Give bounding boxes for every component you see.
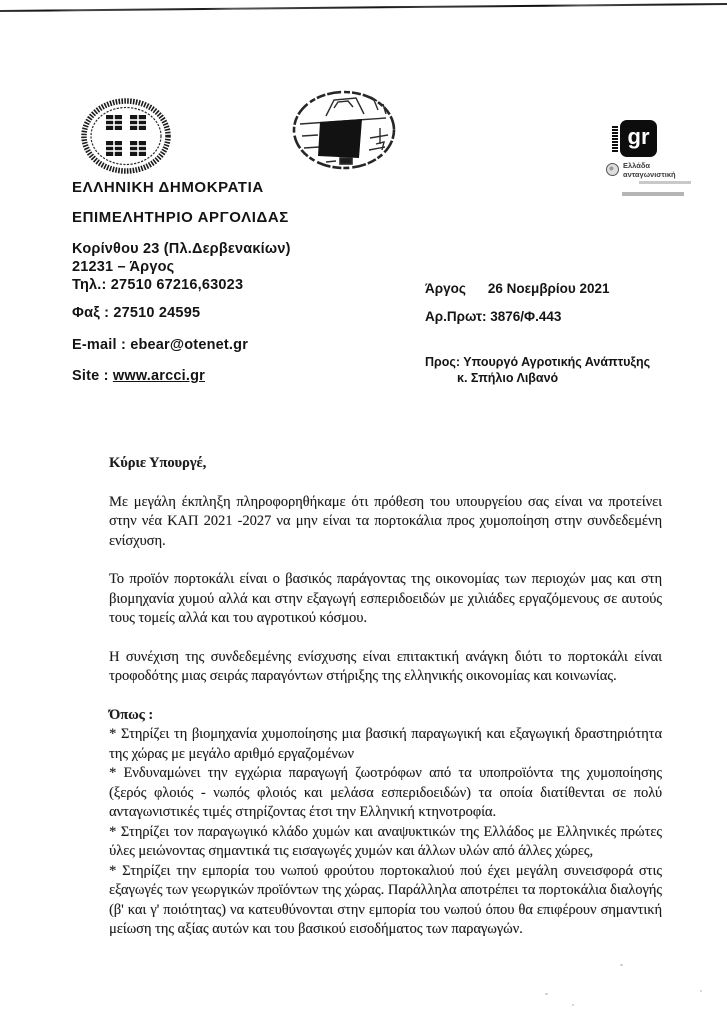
list-heading: Όπως :: [109, 706, 662, 726]
gr-logo-strip: [612, 126, 618, 152]
phone-line: Τηλ.: 27510 67216,63023: [72, 277, 243, 293]
address-line-2: 21231 – Άργος: [72, 259, 174, 275]
email-value: ebear@otenet.gr: [130, 337, 248, 353]
recipient-line-1: Προς: Υπουργό Αγροτικής Ανάπτυξης: [425, 355, 650, 369]
org-name-line1: ΕΛΛΗΝΙΚΗ ΔΗΜΟΚΡΑΤΙΑ: [72, 179, 264, 196]
scan-speckle: [620, 964, 623, 966]
place-text: Άργος: [425, 281, 466, 296]
scan-speckle: [700, 990, 702, 992]
date-text: 26 Νοεμβρίου 2021: [488, 281, 610, 296]
gr-caption-footline: [622, 192, 684, 196]
chamber-emblem-icon: [80, 97, 172, 177]
letter-paragraph-3: Η συνέχιση της συνδεδεμένης ενίσχυσης εί…: [109, 648, 662, 687]
letter-bullet-3: * Στηρίζει τον παραγωγικό κλάδο χυμών κα…: [109, 823, 662, 862]
site-label: Site :: [72, 368, 113, 384]
lion-gate-logo: [286, 88, 404, 179]
site-value: www.arcci.gr: [113, 368, 205, 384]
gr-logo-text: gr: [628, 124, 650, 149]
gr-caption-line2: ανταγωνιστική: [623, 171, 691, 180]
protocol-line: Αρ.Πρωτ: 3876/Φ.443: [425, 309, 561, 324]
chamber-emblem-logo: [80, 97, 172, 182]
letter-paragraph-1: Με μεγάλη έκπληξη πληροφορηθήκαμε ότι πρ…: [109, 493, 662, 552]
letter-body: Κύριε Υπουργέ, Με μεγάλη έκπληξη πληροφο…: [109, 454, 662, 940]
scan-artifact-line: [0, 3, 727, 12]
gr-caption-subline: [639, 181, 691, 184]
gr-mini-emblem-icon: [606, 163, 619, 176]
salutation: Κύριε Υπουργέ,: [109, 454, 662, 474]
email-line: E-mail : ebear@otenet.gr: [72, 337, 248, 353]
email-label: E-mail :: [72, 337, 130, 353]
letter-bullet-1: * Στηρίζει τη βιομηχανία χυμοποίησης μια…: [109, 725, 662, 764]
scanned-letter-page: gr Ελλάδα ανταγωνιστική ΕΛΛΗΝΙΚΗ ΔΗΜΟΚΡΑ…: [0, 0, 727, 1023]
gr-logo: gr Ελλάδα ανταγωνιστική: [606, 120, 708, 196]
site-line: Site : www.arcci.gr: [72, 368, 205, 384]
letter-bullet-2: * Ενδυναμώνει την εγχώρια παραγωγή ζωοτρ…: [109, 764, 662, 823]
letter-paragraph-2: Το προϊόν πορτοκάλι είναι ο βασικός παρά…: [109, 570, 662, 629]
lion-gate-icon: [286, 88, 404, 174]
recipient-line-2: κ. Σπήλιο Λιβανό: [457, 371, 558, 385]
scan-speckle: [572, 1004, 574, 1006]
fax-line: Φαξ : 27510 24595: [72, 305, 200, 321]
org-name-line2: ΕΠΙΜΕΛΗΤΗΡΙΟ ΑΡΓΟΛΙΔΑΣ: [72, 209, 289, 226]
date-line: Άργος26 Νοεμβρίου 2021: [425, 281, 610, 296]
address-line-1: Κορίνθου 23 (Πλ.Δερβενακίων): [72, 241, 291, 257]
scan-speckle: [545, 993, 548, 995]
letter-bullet-4: * Στηρίζει την εμπορία του νωπού φρούτου…: [109, 862, 662, 940]
gr-logo-icon: gr: [620, 120, 657, 157]
